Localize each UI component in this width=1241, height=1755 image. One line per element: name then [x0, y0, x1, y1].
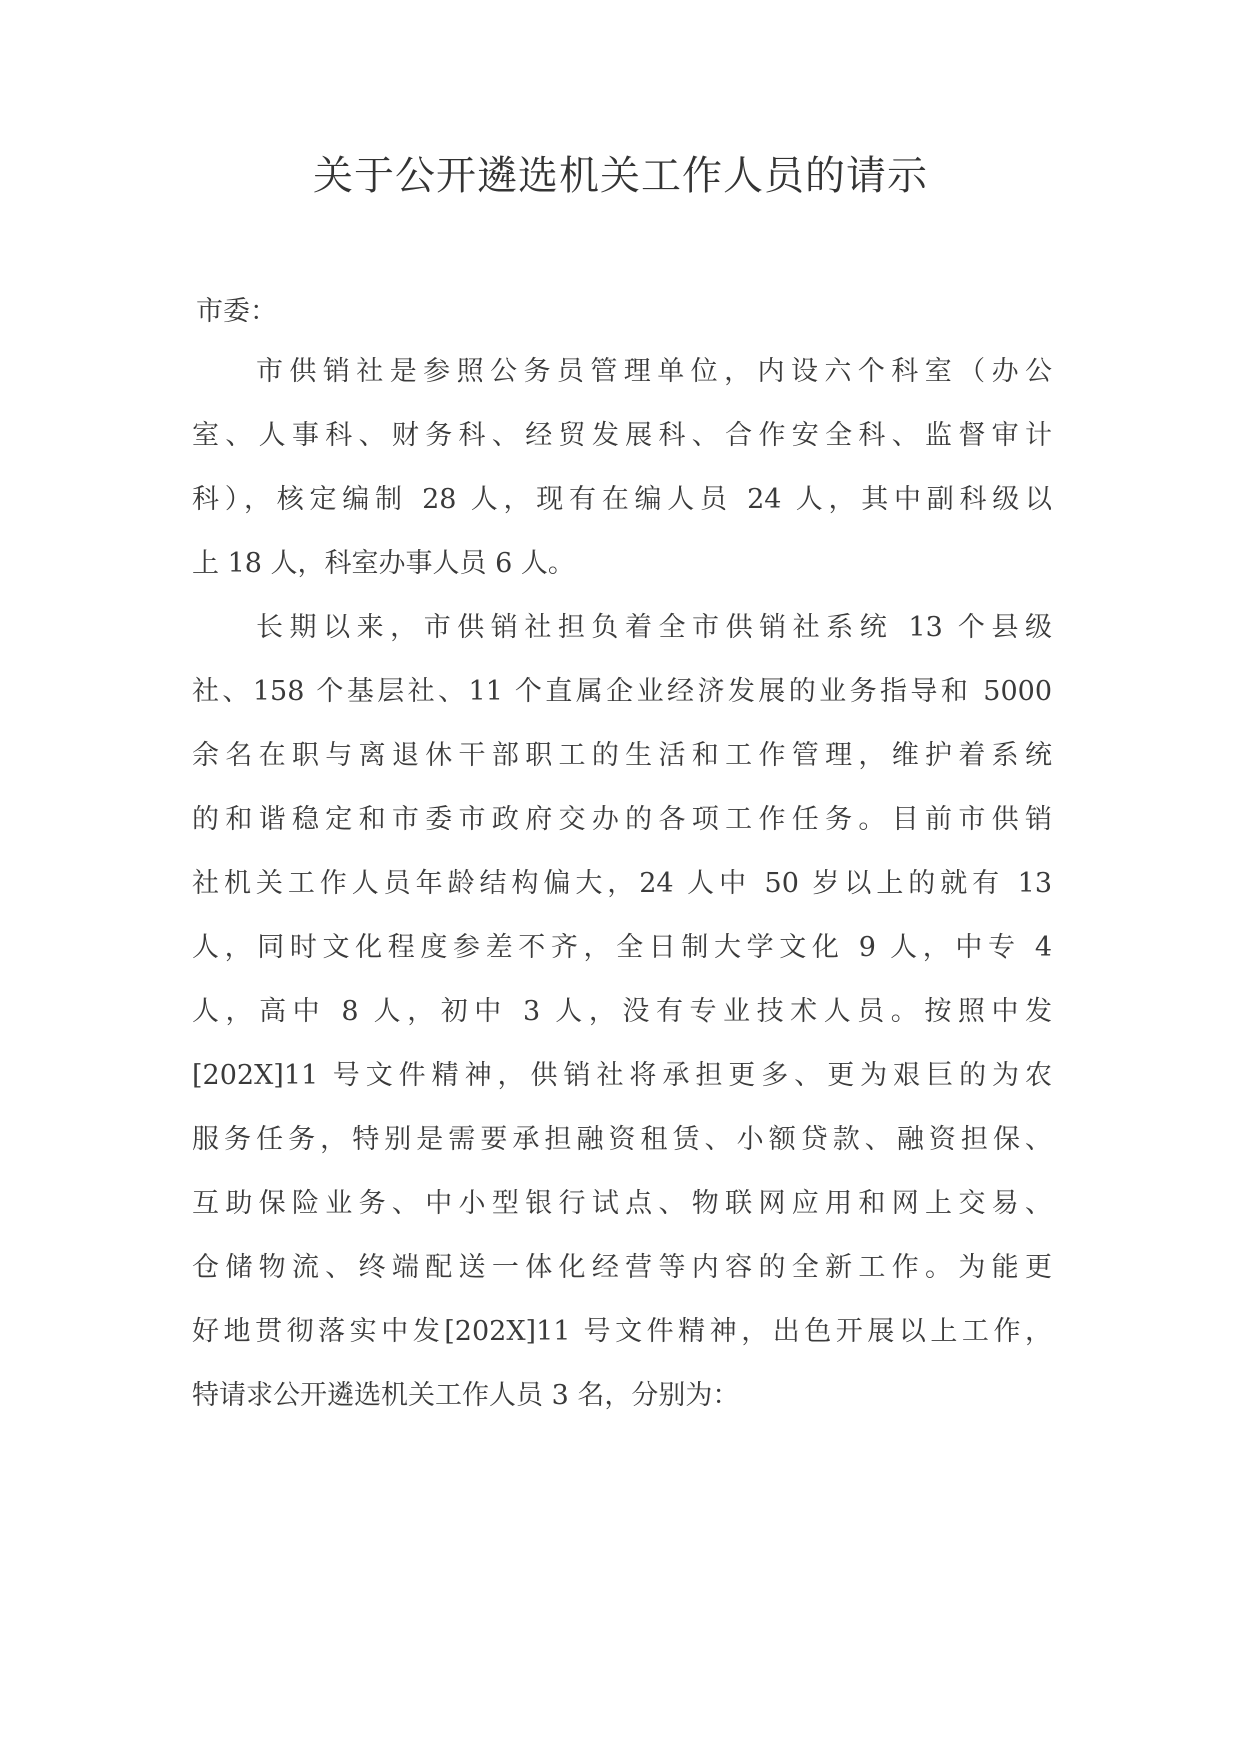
paragraph-1-line-3: 科），核定编制 28 人，现有在编人员 24 人，其中副科级以 — [192, 480, 1052, 520]
paragraph-1-line-2: 室、人事科、财务科、经贸发展科、合作安全科、监督审计 — [192, 416, 1052, 456]
paragraph-2-line-13: 特请求公开遴选机关工作人员 3 名，分别为： — [192, 1376, 1052, 1416]
paragraph-2-line-7: 人，高中 8 人，初中 3 人，没有专业技术人员。按照中发 — [192, 992, 1052, 1032]
paragraph-2-line-11: 仓储物流、终端配送一体化经营等内容的全新工作。为能更 — [192, 1248, 1052, 1288]
paragraph-1-line-4: 上 18 人，科室办事人员 6 人。 — [192, 544, 1052, 584]
paragraph-2-line-6: 人，同时文化程度参差不齐，全日制大学文化 9 人，中专 4 — [192, 928, 1052, 968]
paragraph-2-line-10: 互助保险业务、中小型银行试点、物联网应用和网上交易、 — [192, 1184, 1052, 1224]
paragraph-2-line-8: [202X]11 号文件精神，供销社将承担更多、更为艰巨的为农 — [192, 1056, 1052, 1096]
paragraph-2-line-4: 的和谐稳定和市委市政府交办的各项工作任务。目前市供销 — [192, 800, 1052, 840]
paragraph-2-line-1: 长期以来，市供销社担负着全市供销社系统 13 个县级 — [256, 608, 1052, 648]
paragraph-2-line-12: 好地贯彻落实中发[202X]11 号文件精神，出色开展以上工作， — [192, 1312, 1052, 1352]
paragraph-1-line-1: 市供销社是参照公务员管理单位，内设六个科室（办公 — [256, 352, 1052, 392]
document-title: 关于公开遴选机关工作人员的请示 — [0, 148, 1241, 204]
paragraph-2-line-3: 余名在职与离退休干部职工的生活和工作管理，维护着系统 — [192, 736, 1052, 776]
paragraph-2-line-9: 服务任务，特别是需要承担融资租赁、小额贷款、融资担保、 — [192, 1120, 1052, 1160]
salutation: 市委： — [196, 292, 277, 332]
paragraph-2-line-2: 社、158 个基层社、11 个直属企业经济发展的业务指导和 5000 — [192, 672, 1052, 712]
paragraph-2-line-5: 社机关工作人员年龄结构偏大，24 人中 50 岁以上的就有 13 — [192, 864, 1052, 904]
document-page: 关于公开遴选机关工作人员的请示 市委： 市供销社是参照公务员管理单位，内设六个科… — [0, 0, 1241, 1755]
